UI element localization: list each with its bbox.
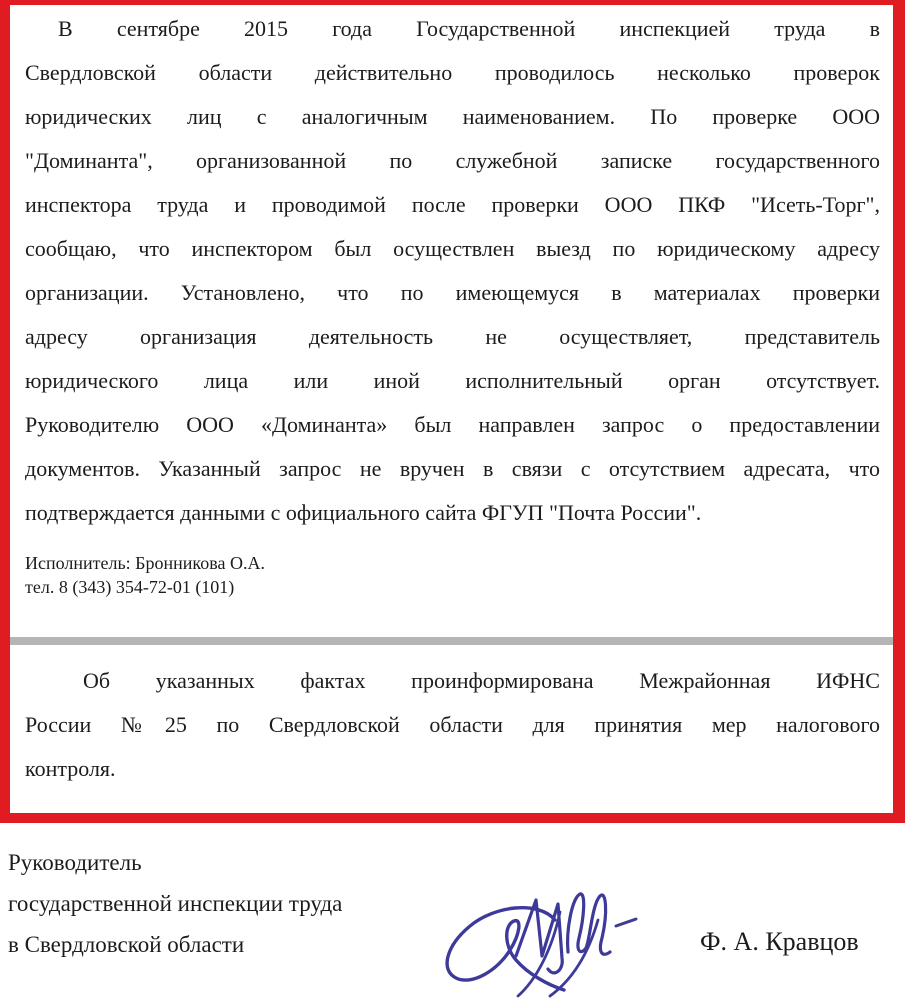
signature-icon — [430, 858, 655, 1005]
closing-paragraph: Об указанных фактах проинформирована Меж… — [25, 659, 880, 791]
signer-title-line: Руководитель — [8, 842, 342, 883]
text-line: сообщаю, что инспектором был осуществлен… — [25, 227, 880, 271]
signer-title-line: в Свердловской области — [8, 924, 342, 965]
executor-note: Исполнитель: Бронникова О.А. тел. 8 (343… — [25, 551, 880, 599]
executor-phone: тел. 8 (343) 354-72-01 (101) — [25, 575, 880, 599]
signer-name: Ф. А. Кравцов — [700, 926, 859, 958]
executor-name: Исполнитель: Бронникова О.А. — [25, 551, 880, 575]
text-line: юридических лиц с аналогичным наименован… — [25, 95, 880, 139]
text-line: организации. Установлено, что по имеющем… — [25, 271, 880, 315]
text-line: контроля. — [25, 747, 880, 791]
text-line: Руководителю ООО «Доминанта» был направл… — [25, 403, 880, 447]
text-line: подтверждается данными с официального са… — [25, 491, 880, 535]
signer-title: Руководитель государственной инспекции т… — [8, 842, 342, 965]
text-line: "Доминанта", организованной по служебной… — [25, 139, 880, 183]
text-line: В сентябре 2015 года Государственной инс… — [25, 7, 880, 51]
text-line: России №25 по Свердловской области для п… — [25, 703, 880, 747]
main-paragraph: В сентябре 2015 года Государственной инс… — [25, 7, 880, 535]
highlight-box: В сентябре 2015 года Государственной инс… — [0, 0, 905, 823]
document-page: В сентябре 2015 года Государственной инс… — [0, 0, 905, 1005]
section-divider — [10, 637, 893, 645]
text-line: Об указанных фактах проинформирована Меж… — [25, 659, 880, 703]
text-line: документов. Указанный запрос не вручен в… — [25, 447, 880, 491]
text-line: инспектора труда и проводимой после пров… — [25, 183, 880, 227]
signer-title-line: государственной инспекции труда — [8, 883, 342, 924]
text-line: адресу организация деятельность не осуще… — [25, 315, 880, 359]
text-line: юридического лица или иной исполнительны… — [25, 359, 880, 403]
text-line: Свердловской области действительно прово… — [25, 51, 880, 95]
